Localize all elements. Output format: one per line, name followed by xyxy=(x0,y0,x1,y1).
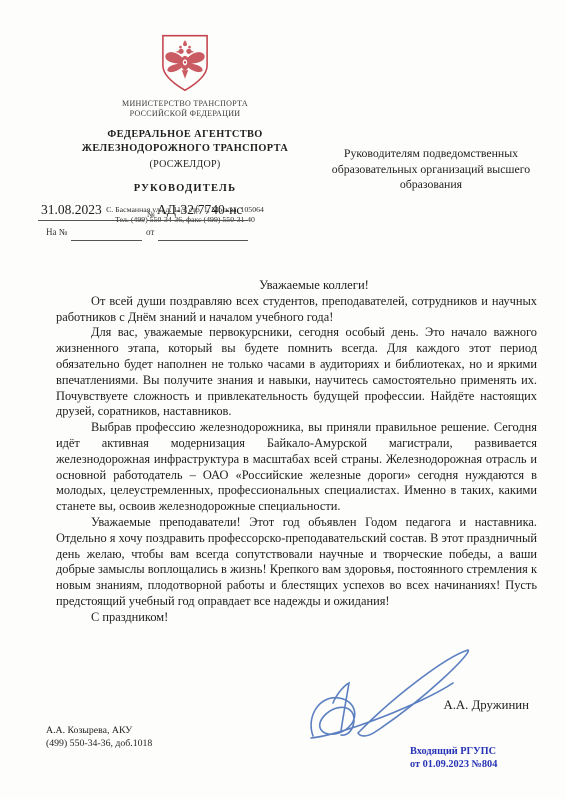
reply-underline xyxy=(71,239,142,241)
date-underline xyxy=(38,219,144,221)
reply-to-label: На № xyxy=(46,227,67,237)
executor-info: А.А. Козырева, АКУ (499) 550-34-36, доб.… xyxy=(46,725,152,750)
agency-short-name: (РОСЖЕЛДОР) xyxy=(46,159,324,170)
signer-name: А.А. Дружинин xyxy=(443,698,529,713)
reference-block: 31.08.2023 № АД-32/7740-нс На № от xyxy=(0,200,320,250)
letter-date: 31.08.2023 xyxy=(41,202,102,218)
executor-phone: (499) 550-34-36, доб.1018 xyxy=(46,738,152,751)
reply-from-underline xyxy=(158,239,248,241)
addressee: Руководителям подведомственных образоват… xyxy=(320,146,542,193)
russia-coat-of-arms-icon xyxy=(159,33,211,93)
paragraph-2: Для вас, уважаемые первокурсники, сегодн… xyxy=(56,325,537,420)
handwritten-signature xyxy=(303,643,483,748)
letter-body: Уважаемые коллеги! От всей души поздравл… xyxy=(56,278,537,626)
position-title: РУКОВОДИТЕЛЬ xyxy=(46,183,324,194)
letter-number: АД-32/7740-нс xyxy=(157,202,242,218)
closing-line: С праздником! xyxy=(56,610,537,626)
paragraph-3: Выбрав профессию железнодорожника, вы пр… xyxy=(56,420,537,515)
letterhead: МИНИСТЕРСТВО ТРАНСПОРТА РОССИЙСКОЙ ФЕДЕР… xyxy=(46,33,324,224)
ministry-name-line2: РОССИЙСКОЙ ФЕДЕРАЦИИ xyxy=(46,109,324,119)
salutation: Уважаемые коллеги! xyxy=(56,278,537,294)
agency-name-line2: ЖЕЛЕЗНОДОРОЖНОГО ТРАНСПОРТА xyxy=(46,142,324,156)
incoming-stamp: Входящий РГУПС от 01.09.2023 №804 xyxy=(410,745,497,771)
paragraph-1: От всей души поздравляю всех студентов, … xyxy=(56,294,537,326)
stamp-line2: от 01.09.2023 №804 xyxy=(410,758,497,771)
reply-from-label: от xyxy=(146,227,154,237)
paragraph-4: Уважаемые преподаватели! Этот год объявл… xyxy=(56,515,537,610)
ministry-name-line1: МИНИСТЕРСТВО ТРАНСПОРТА xyxy=(46,99,324,109)
stamp-line1: Входящий РГУПС xyxy=(410,745,497,758)
number-sign: № xyxy=(147,210,155,219)
agency-name-line1: ФЕДЕРАЛЬНОЕ АГЕНТСТВО xyxy=(46,128,324,142)
number-underline xyxy=(147,219,248,221)
scanned-letter-page: МИНИСТЕРСТВО ТРАНСПОРТА РОССИЙСКОЙ ФЕДЕР… xyxy=(0,0,565,799)
executor-name: А.А. Козырева, АКУ xyxy=(46,725,152,738)
